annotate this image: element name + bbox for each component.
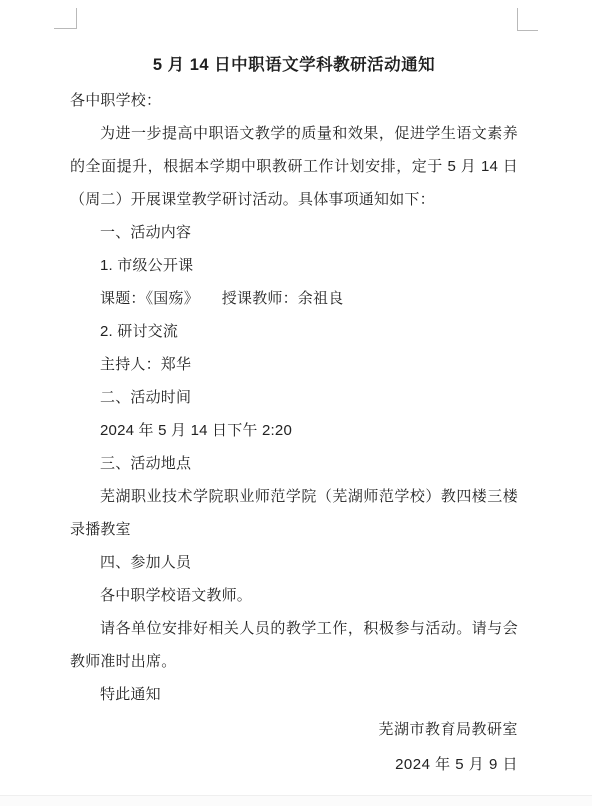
signature-block: 芜湖市教育局教研室 2024 年 5 月 9 日	[70, 712, 518, 782]
paragraph-request: 请各单位安排好相关人员的教学工作，积极参与活动。请与会教师准时出席。	[70, 612, 518, 678]
paragraph-notice-close: 特此通知	[70, 678, 518, 711]
document-body: 5 月 14 日中职语文学科教研活动通知 各中职学校： 为进一步提高中职语文教学…	[70, 50, 518, 782]
paragraph-intro: 为进一步提高中职语文教学的质量和效果，促进学生语文素养的全面提升，根据本学期中职…	[70, 117, 518, 216]
document-page: 5 月 14 日中职语文学科教研活动通知 各中职学校： 为进一步提高中职语文教学…	[0, 0, 592, 806]
activity-location: 芜湖职业技术学院职业师范学院（芜湖师范学校）教四楼三楼录播教室	[70, 480, 518, 546]
signature-date: 2024 年 5 月 9 日	[70, 747, 518, 782]
item-open-class: 1. 市级公开课	[70, 249, 518, 282]
item-discussion: 2. 研讨交流	[70, 315, 518, 348]
signature-org: 芜湖市教育局教研室	[70, 712, 518, 747]
page-bottom-edge	[0, 795, 592, 806]
page-title: 5 月 14 日中职语文学科教研活动通知	[70, 50, 518, 80]
heading-section-4: 四、参加人员	[70, 546, 518, 579]
heading-section-1: 一、活动内容	[70, 216, 518, 249]
participants: 各中职学校语文教师。	[70, 579, 518, 612]
item-topic-and-teacher: 课题：《国殇》 授课教师：余祖良	[70, 282, 518, 315]
paragraph-salutation: 各中职学校：	[70, 84, 518, 117]
heading-section-2: 二、活动时间	[70, 381, 518, 414]
heading-section-3: 三、活动地点	[70, 447, 518, 480]
activity-time: 2024 年 5 月 14 日下午 2:20	[70, 414, 518, 447]
item-host: 主持人：郑华	[70, 348, 518, 381]
crop-mark-top-right	[517, 8, 538, 31]
crop-mark-top-left	[54, 8, 77, 29]
